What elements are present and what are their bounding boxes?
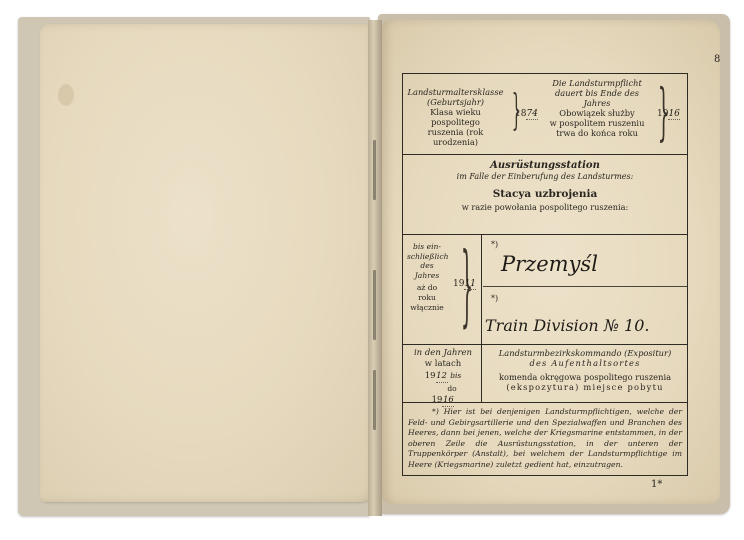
station-entry-row: bis ein- schließlich des Jahres aż do ro… [403, 234, 687, 345]
label-de: des Aufenthaltsortes [483, 358, 687, 368]
page-number: 8 [714, 54, 720, 65]
stain [58, 84, 74, 106]
unit-handwritten: Train Division № 10. [485, 316, 650, 335]
label-pl: komenda okręgowa pospolitego ruszenia [483, 372, 687, 382]
label-line: aż do [407, 283, 447, 293]
years-range-block: in den Jahren w latach 1912 bis do 1916 [405, 348, 481, 407]
label-pl: w latach [405, 359, 481, 370]
row-divider [483, 286, 687, 287]
label-de: Landsturmbezirkskommando (Expositur) [483, 348, 687, 358]
district-command-label: Landsturmbezirkskommando (Expositur) des… [483, 348, 687, 392]
heading-de: Ausrüstungsstation [403, 160, 687, 171]
from-year-handwritten: 12 [436, 371, 448, 383]
landsturm-form-table: Landsturmaltersklasse (Geburtsjahr) Klas… [402, 73, 688, 476]
column-divider [481, 344, 482, 402]
district-command-row: in den Jahren w latach 1912 bis do 1916 … [403, 344, 687, 403]
label-line: bis ein- [407, 242, 447, 252]
label-de: (Geburtsjahr) [407, 97, 504, 107]
label-line: des [407, 261, 447, 271]
label-de: Die Landsturmpflicht [545, 78, 649, 88]
until-year-handwritten: 11 [464, 279, 476, 290]
label-line: włącznie [407, 303, 447, 313]
label-de: dauert bis Ende des [545, 88, 649, 98]
label-de: in den Jahren [405, 348, 481, 359]
booklet-spine [368, 20, 382, 516]
subheading-pl: w razie powołania pospolitego ruszenia: [403, 202, 687, 212]
station-handwritten: Przemyśl [501, 252, 598, 276]
footnote-text: *) Hier ist bei denjenigen Landsturmpfli… [408, 407, 682, 471]
label-line: schließlich [407, 252, 447, 262]
duty-end-year-field: 1916 [657, 109, 680, 120]
heading-pl: Stacya uzbrojenia [403, 188, 687, 200]
label-pl: (ekspozytura) miejsce pobytu [483, 382, 687, 392]
column-divider [481, 234, 482, 344]
year-prefix: 19 [453, 279, 464, 289]
year-prefix: 19 [657, 109, 668, 119]
label-de: Jahres [545, 98, 649, 108]
label-pl: Klasa wieku pospolitego [407, 107, 504, 127]
stitch [373, 370, 376, 430]
footnote-marker: *) [491, 240, 498, 249]
left-blank-page [40, 24, 376, 502]
equipment-station-heading-row: Ausrüstungsstation im Falle der Einberuf… [403, 154, 687, 235]
do-label: do [447, 384, 456, 393]
year-prefix: 19 [425, 371, 436, 381]
from-year-field: 1912 bis [405, 370, 481, 383]
label-line: Jahres [407, 271, 447, 281]
age-class-row: Landsturmaltersklasse (Geburtsjahr) Klas… [403, 74, 687, 155]
signature-mark: 1* [651, 479, 662, 490]
to-year-field: do [405, 383, 481, 395]
duty-end-label: Die Landsturmpflicht dauert bis Ende des… [545, 78, 649, 138]
label-de: Landsturmaltersklasse [407, 87, 504, 97]
footnote-row: *) Hier ist bei denjenigen Landsturmpfli… [403, 402, 687, 475]
until-year-label: bis ein- schließlich des Jahres aż do ro… [407, 242, 447, 312]
bis-label: bis [450, 371, 461, 380]
birth-year-field: 1874 [515, 109, 538, 120]
age-class-label: Landsturmaltersklasse (Geburtsjahr) Klas… [407, 87, 504, 147]
label-pl: ruszenia (rok urodzenia) [407, 127, 504, 147]
heading-block: Ausrüstungsstation im Falle der Einberuf… [403, 160, 687, 212]
label-pl: w pospolitem ruszeniu [545, 118, 649, 128]
footnote-marker: *) [491, 294, 498, 303]
birth-year-handwritten: 74 [526, 109, 538, 120]
label-line: roku [407, 293, 447, 303]
year-prefix: 18 [515, 109, 526, 119]
label-pl: Obowiązek służby [545, 108, 649, 118]
subheading-de: im Falle der Einberufung des Landsturmes… [403, 172, 687, 181]
label-pl: trwa do końca roku [545, 128, 649, 138]
end-year-handwritten: 16 [668, 109, 680, 120]
stitch [373, 140, 376, 200]
stitch [373, 270, 376, 340]
footnote-body: *) Hier ist bei denjenigen Landsturmpfli… [408, 407, 682, 469]
until-year-field: 1911 [453, 279, 476, 290]
